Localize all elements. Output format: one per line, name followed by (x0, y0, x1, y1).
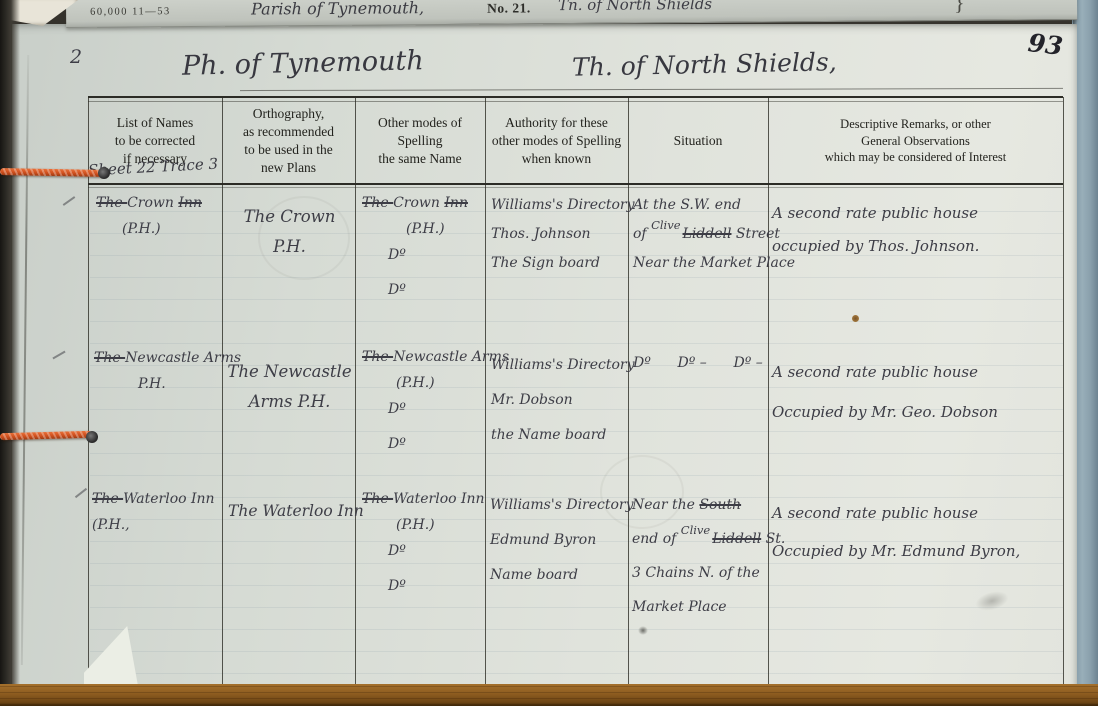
binding-grommet-top (98, 167, 110, 179)
entry-number: 2 (70, 46, 82, 68)
scanned-survey-name-book-page: 60,000 11—53 Parish of Tynemouth, No. 21… (0, 0, 1098, 706)
cell-row1-names: The Crown Inn(P.H.) (96, 190, 222, 242)
brace-mark: } (954, 0, 965, 16)
ink-smudge (638, 626, 648, 635)
table-top-border (88, 96, 1063, 98)
binding-grommet-bottom (86, 431, 98, 443)
cell-row1-situation: At the S.W. endof CliveLiddell StreetNea… (633, 191, 767, 278)
column-header-other-modes: Other modes of Spelling the same Name (355, 101, 485, 181)
table-vline (485, 97, 486, 684)
ghost-circle (258, 196, 350, 280)
township-title: Th. of North Shields, (572, 47, 837, 82)
table-vline (355, 97, 356, 684)
sheet-number-label: No. 21. (487, 0, 531, 16)
table-vline (768, 97, 769, 684)
cell-row3-remarks: A second rate public houseOccupied by Mr… (772, 494, 1060, 570)
cell-row2-names: The Newcastle ArmsP.H. (94, 345, 224, 397)
cell-row3-orthography: The Waterloo Inn (228, 498, 355, 524)
book-spine-edge (0, 0, 20, 706)
cell-row1-remarks: A second rate public houseoccupied by Th… (772, 197, 1060, 263)
column-header-authority: Authority for these other modes of Spell… (485, 101, 628, 181)
header-bottom-border (88, 183, 1063, 185)
cell-row3-other-modes: The Waterloo Inn(P.H.)DºDº (362, 486, 484, 599)
scale-text: 60,000 11—53 (90, 6, 171, 18)
column-header-orthography: Orthography, as recommended to be used i… (222, 101, 355, 181)
cell-row2-other-modes: The Newcastle Arms(P.H.)DºDº (362, 344, 484, 457)
ghost-circle (600, 455, 684, 529)
ink-speck (852, 315, 859, 322)
cell-row1-other-modes: The Crown Inn(P.H.)DºDº (362, 190, 484, 303)
parish-title: Ph. of Tynemouth (182, 45, 424, 81)
parish-handwritten: Parish of Tynemouth, (251, 0, 424, 19)
table-vline (628, 97, 629, 684)
township-handwritten: Tn. of North Shields (558, 0, 712, 14)
cell-row2-orthography: The NewcastleArms P.H. (226, 357, 353, 417)
table-vline (1063, 97, 1064, 684)
cell-row2-remarks: A second rate public houseOccupied by Mr… (772, 352, 1060, 432)
column-header-situation: Situation (628, 101, 768, 181)
table-vline (88, 97, 89, 684)
cell-row2-situation: Dº Dº – Dº – (633, 350, 767, 376)
wood-grain-texture (0, 684, 1098, 706)
cell-row2-authority: Williams's DirectoryMr. Dobsonthe Name b… (491, 348, 627, 453)
folio-number: 93 (1026, 28, 1064, 61)
cell-row3-names: The Waterloo Inn(P.H., (92, 486, 222, 538)
header-bottom-inner-rule (88, 187, 1063, 188)
cell-row1-authority: Williams's DirectoryThos. JohnsonThe Sig… (491, 191, 627, 278)
column-header-remarks: Descriptive Remarks, or other General Ob… (768, 101, 1063, 181)
